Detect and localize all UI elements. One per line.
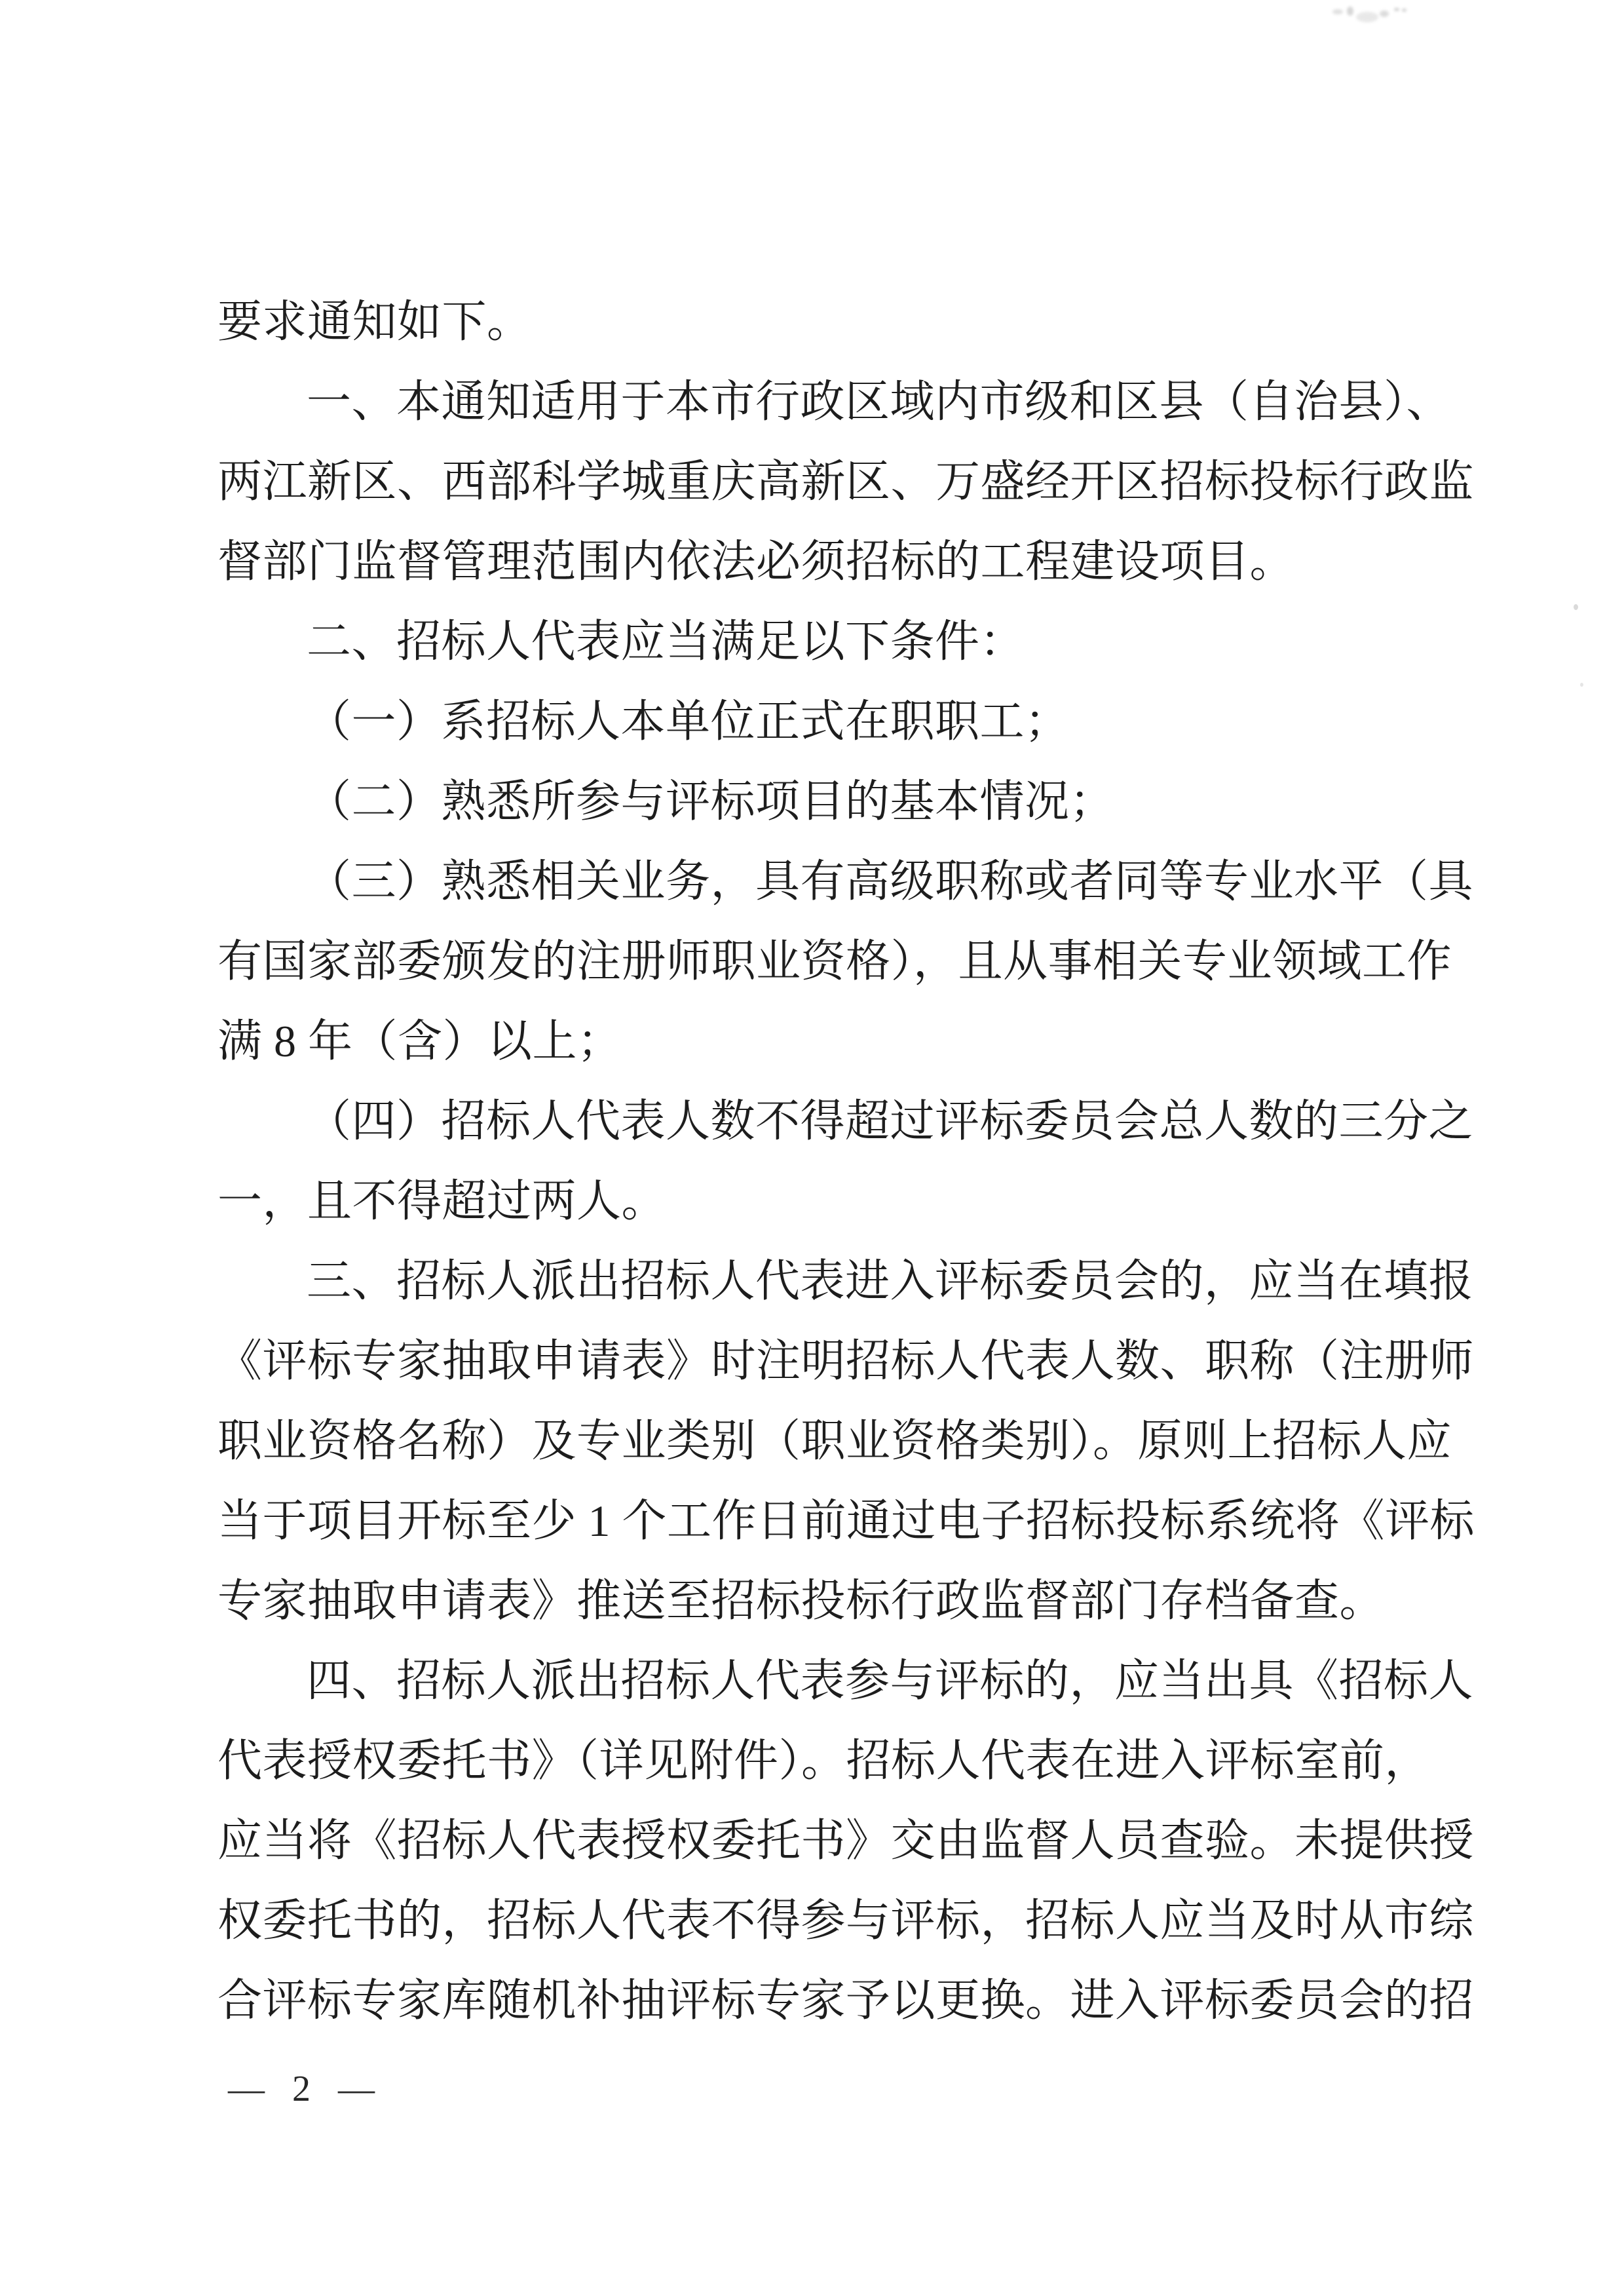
text-line: （一）系招标人本单位正式在职职工； <box>217 681 1472 761</box>
text-line: 两江新区、西部科学城重庆高新区、万盛经开区招标投标行政监 <box>217 442 1472 522</box>
text-line: 当于项目开标至少 1 个工作日前通过电子招标投标系统将《评标 <box>217 1481 1472 1561</box>
page-number: — 2 — <box>228 2068 384 2110</box>
text-line: 应当将《招标人代表授权委托书》交由监督人员查验。未提供授 <box>217 1801 1472 1881</box>
text-line: 权委托书的，招标人代表不得参与评标，招标人应当及时从市综 <box>217 1881 1472 1961</box>
text-line: 二、招标人代表应当满足以下条件： <box>217 602 1472 681</box>
text-line: （三）熟悉相关业务，具有高级职称或者同等专业水平（具 <box>217 841 1472 921</box>
text-line: 一，且不得超过两人。 <box>217 1161 1472 1241</box>
text-line: 一、本通知适用于本市行政区域内市级和区县（自治县）、 <box>217 362 1472 442</box>
text-line: （四）招标人代表人数不得超过评标委员会总人数的三分之 <box>217 1081 1472 1161</box>
text-line: 职业资格名称）及专业类别（职业资格类别）。原则上招标人应 <box>217 1401 1472 1481</box>
document-body: 要求通知如下。 一、本通知适用于本市行政区域内市级和区县（自治县）、 两江新区、… <box>217 282 1472 2040</box>
scan-speck-artifact <box>1574 604 1578 610</box>
text-line: 代表授权委托书》（详见附件）。招标人代表在进入评标室前， <box>217 1721 1472 1801</box>
scan-speck-artifact <box>1580 683 1583 687</box>
text-line: 督部门监督管理范围内依法必须招标的工程建设项目。 <box>217 522 1472 602</box>
text-line: 要求通知如下。 <box>217 282 1472 362</box>
document-page: 要求通知如下。 一、本通知适用于本市行政区域内市级和区县（自治县）、 两江新区、… <box>0 0 1624 2296</box>
text-line: 专家抽取申请表》推送至招标投标行政监督部门存档备查。 <box>217 1561 1472 1641</box>
scan-smudge-artifact <box>1330 3 1415 29</box>
text-line: 合评标专家库随机补抽评标专家予以更换。进入评标委员会的招 <box>217 1961 1472 2040</box>
text-line: 满 8 年（含）以上； <box>217 1001 1472 1081</box>
text-line: （二）熟悉所参与评标项目的基本情况； <box>217 761 1472 841</box>
text-line: 有国家部委颁发的注册师职业资格），且从事相关专业领域工作 <box>217 921 1472 1001</box>
text-line: 四、招标人派出招标人代表参与评标的，应当出具《招标人 <box>217 1641 1472 1721</box>
text-line: 《评标专家抽取申请表》时注明招标人代表人数、职称（注册师 <box>217 1321 1472 1401</box>
text-line: 三、招标人派出招标人代表进入评标委员会的，应当在填报 <box>217 1241 1472 1321</box>
